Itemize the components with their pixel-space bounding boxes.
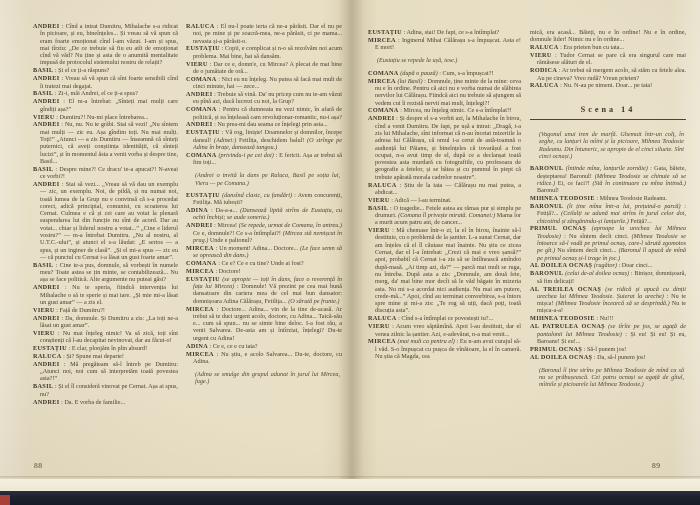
dialogue-line: VIERU : Adică — l-au terminat.: [368, 197, 521, 204]
speaker-name: COMANA: [368, 70, 399, 77]
dialogue-line: AL PATRULEA OCNAȘ (se tîrîie pe jos, se …: [530, 323, 686, 345]
right-page-column-1: EUSTAȚIU : Adina, stai! De fapt, ce s-a …: [368, 29, 521, 471]
speaker-name: BASIL: [33, 262, 53, 269]
dialogue-line: MIHNEA TEODOSIE : Nu!!!: [530, 315, 686, 322]
dialogue-line: BASIL : O tragedie... Fetele astea au ră…: [368, 205, 521, 227]
dialogue-line: VIERU : Acum vreo săptămînă. Apoi l-au d…: [368, 323, 521, 338]
dialogue-line: RALUCA : Cînd s-a întîmplat ce povesteșt…: [368, 315, 521, 322]
stage-direction: (Andrei o invită la dans pe Raluca, Basi…: [186, 172, 342, 187]
stage-direction: (Vagonul unui tren de marfă. Ghemuit înt…: [530, 131, 686, 160]
dialogue-line: MIHNEA TEODOSIE : Mihnea Teodosie Radean…: [530, 195, 686, 202]
dialogue-line: AL DOILEA OCNAȘ (rugător) : Doar cinci..…: [530, 262, 686, 269]
dialogue-line: MIRCEA : Un moment! Adina... Doctore... …: [186, 245, 342, 260]
dialogue-line: PRIMUL OCNAȘ : Să-l punem jos!: [530, 346, 686, 353]
dialogue-line: VIERU : Mă chemase într-o zi, la el în b…: [368, 227, 521, 315]
inline-stage-direction: (Vagonul unui tren de marfă. Ghemuit înt…: [539, 131, 684, 160]
page-number-left: 88: [34, 461, 43, 470]
dialogue-line: VIERU : Dumitru?! Nu-mi place întrebarea…: [33, 114, 178, 121]
dialogue-line: MIRCEA : Inginerul Mihai Călărașu s-a îm…: [368, 37, 521, 52]
dialogue-line: BASIL : Și el ce ți-a răspuns?: [33, 67, 178, 74]
stage-direction: (Eustațiu se repede la ușă, iese.): [368, 57, 521, 64]
dialogue-line: BARONUL (îi ține mîna într-a lui, prețui…: [530, 203, 686, 225]
dialogue-line: ANDREI : Vreau să vă spun că sînt foarte…: [33, 75, 178, 90]
speaker-name: MIRCEA: [368, 338, 396, 345]
book-scan: ANDREI : Cînd a intrat Dumitru, Mihalach…: [0, 0, 700, 505]
speaker-name: COMANA: [186, 260, 217, 267]
dialogue-line: RALUCA : El nu-l poate ierta că ne-a păr…: [186, 23, 342, 45]
speaker-name: MIRCEA: [368, 37, 396, 44]
dialogue-line: ANDREI : Stai să vezi... „Vreau să vă da…: [33, 181, 178, 261]
dialogue-continuation: mică, era acasă... Băieți, nu e în ordin…: [530, 29, 686, 44]
speaker-name: EUSTAȚIU: [186, 45, 220, 52]
speaker-name: ADINA: [186, 343, 208, 350]
dialogue-line: ADINA : Da-a-a... (Dansează lipită strîn…: [186, 207, 342, 222]
inline-stage-direction: (Eustațiu se repede la ușă, iese.): [377, 57, 457, 64]
dialogue-line: ANDREI : Nu te speria, fiindcă intervenț…: [33, 284, 178, 306]
speaker-name: VIERU: [186, 61, 208, 68]
inline-stage-direction: (Stă în continuare cu mîna întinsă.): [592, 180, 686, 187]
inline-stage-direction: (Baronul îl apucă de mînă pe primul ocna…: [537, 247, 686, 261]
speaker-name: ANDREI: [33, 181, 60, 188]
speaker-name: AL DOILEA OCNAȘ: [530, 354, 592, 361]
speaker-name: ANDREI: [33, 361, 60, 368]
dialogue-line: ANDREI : Da. E vorba de familie...: [33, 399, 178, 406]
speaker-name: BASIL: [33, 166, 53, 173]
inline-stage-direction: (Mircea stă nemișcat în prag.): [193, 230, 342, 244]
speaker-name: ANDREI: [33, 284, 60, 291]
dialogue-line: ANDREI : Și despre el s-a vorbit azi, la…: [368, 115, 521, 181]
speaker-name: COMANA: [186, 152, 217, 159]
dialogue-line: EUSTAȚIU : Vă rog, liniște! Doamnelor și…: [186, 129, 342, 151]
speaker-name: ANDREI: [33, 399, 60, 406]
speaker-name: BASIL: [33, 67, 53, 74]
dialogue-line: COMANA : Nici eu nu înțeleg. Nu putea să…: [186, 76, 342, 91]
speaker-stage-direction: (mai mult ca pentru el): [398, 338, 455, 345]
dialogue-line: VIERU : Nu mai înțeleg nimic! Va să zică…: [33, 330, 178, 345]
speaker-name: BARONUL: [530, 203, 563, 210]
speaker-stage-direction: (rugător): [594, 262, 617, 269]
dialogue-line: ANDREI : Nu, nu. Nu te grăbi. Stai să ve…: [33, 121, 178, 165]
inline-stage-direction: (O sărută pe frunte.): [288, 298, 339, 305]
speaker-name: MIHNEA TEODOSIE: [530, 195, 595, 202]
dialogue-line: AL DOILEA OCNAȘ : Da, să-l punem jos!: [530, 354, 686, 361]
speaker-name: BARONUL: [530, 165, 563, 172]
speaker-name: AL DOILEA OCNAȘ: [530, 262, 592, 269]
speaker-name: AL TREILEA OCNAȘ: [530, 286, 601, 293]
speaker-name: MIRCEA: [186, 268, 214, 275]
dialogue-line: BASIL : Zi-i, măi Andrei, el ce ți-a spu…: [33, 90, 178, 97]
speaker-name: EUSTAȚIU: [186, 276, 220, 283]
speaker-name: ANDREI: [368, 115, 395, 122]
stage-direction: (Adina se smulge din grupul adunat în ju…: [186, 371, 342, 386]
speaker-name: COMANA: [368, 107, 399, 114]
speaker-name: ANDREI: [186, 222, 213, 229]
speaker-stage-direction: (dansînd clasic, cu fandări): [222, 192, 292, 199]
dialogue-line: VIERU : Dar ce e, domn'e, cu Mircea? A p…: [186, 61, 342, 76]
speaker-name: EUSTAȚIU: [33, 345, 67, 352]
right-page-column-2: mică, era acasă... Băieți, nu e în ordin…: [530, 29, 686, 471]
dialogue-line: BARONUL (celui de-al doilea ocnaș) : Bin…: [530, 270, 686, 285]
speaker-name: ANDREI: [33, 121, 60, 128]
speaker-name: RALUCA: [530, 44, 559, 51]
red-bookmark-corner: [0, 495, 10, 505]
dialogue-line: VIERU : Tudor Cernat se pare că era sing…: [530, 52, 686, 67]
speaker-name: RALUCA: [530, 82, 559, 89]
speaker-name: EUSTAȚIU: [186, 192, 220, 199]
speaker-stage-direction: (privindu-i pe cei doi): [218, 152, 273, 159]
dialogue-line: ANDREI : Nu prea-mi dau seama ce înțeleg…: [186, 121, 342, 128]
speaker-stage-direction: (întinde mîna, lanțurile zornăie): [566, 165, 648, 172]
speaker-name: ANDREI: [186, 121, 213, 128]
speaker-name: MIRCEA: [186, 306, 214, 313]
left-page-column-2: RALUCA : El nu-l poate ierta că ne-a păr…: [186, 23, 342, 473]
dialogue-line: ANDREI : Cînd a intrat Dumitru, Mihalach…: [33, 23, 178, 67]
speaker-name: MIRCEA: [186, 245, 214, 252]
inline-stage-direction: (Andrei o invită la dans pe Raluca, Basi…: [195, 172, 340, 186]
speaker-name: ANDREI: [186, 91, 213, 98]
left-page-column-1: ANDREI : Cînd a intrat Dumitru, Mihalach…: [33, 23, 178, 460]
speaker-name: ADINA: [186, 207, 208, 214]
speaker-name: RODICA: [530, 67, 557, 74]
dialogue-line: RALUCA : Era prieten bun cu tata...: [530, 44, 686, 51]
speaker-name: MIRCEA: [186, 351, 214, 358]
dialogue-line: MIRCEA : Nu știu, e acolo Salvarea... Du…: [186, 351, 342, 366]
dialogue-line: PRIMUL OCNAȘ (aproape la urechea lui Mih…: [530, 225, 686, 261]
speaker-stage-direction: (după o pauză): [400, 70, 437, 77]
inline-stage-direction: (Mihnea Teodosie încearcă să se desprind…: [556, 300, 670, 307]
dialogue-line: COMANA (după o pauză) : Cum, s-a împușca…: [368, 70, 521, 77]
dialogue-line: BARONUL (întinde mîna, lanțurile zornăie…: [530, 165, 686, 194]
speaker-name: EUSTAȚIU: [368, 29, 402, 36]
dialogue-line: RODICA : Ar trebui să mergem acolo, să s…: [530, 67, 686, 82]
stage-direction: (Baronul îl ține strîns pe Mihnea Teodos…: [530, 367, 686, 389]
speaker-name: PRIMUL OCNAȘ: [530, 225, 586, 232]
inline-stage-direction: (Ceilalți se adună mai strîns în jurul c…: [537, 210, 686, 224]
speaker-name: ANDREI: [33, 75, 60, 82]
dialogue-line: MIRCEA (mai mult ca pentru el) : Eu n-am…: [368, 338, 521, 360]
speaker-stage-direction: (îi ține mîna într-a lui, prețuind-o par…: [567, 203, 681, 210]
dialogue-line: EUSTAȚIU (se apropie — toți în dans, fac…: [186, 276, 342, 305]
speaker-name: BASIL: [368, 205, 388, 212]
dialogue-line: BASIL : Despre mine?! Ce dracu' te-a apu…: [33, 166, 178, 181]
speaker-name: RALUCA: [368, 182, 397, 189]
speaker-stage-direction: (celui de-al doilea ocnaș): [565, 270, 629, 277]
page-number-right: 89: [652, 461, 661, 470]
speaker-name: AL PATRULEA OCNAȘ: [530, 323, 605, 330]
dialogue-line: COMANA : Ce e? Ce e cu tine? Unde ai fos…: [186, 260, 342, 267]
speaker-name: COMANA: [186, 76, 217, 83]
speaker-name: ANDREI: [33, 98, 60, 105]
dialogue-line: MIRCEA : Doctore... Adina... vin de la t…: [186, 306, 342, 342]
dialogue-line: ANDREI : Mircea! (Se repede, urmat de Co…: [186, 222, 342, 244]
speaker-name: VIERU: [530, 52, 552, 59]
speaker-name: BARONUL: [530, 270, 563, 277]
dialogue-line: BASIL : Cine te-a pus, domnule, să vorbe…: [33, 262, 178, 284]
speaker-name: COMANA: [186, 106, 217, 113]
dialogue-line: RALUCA : Știu de la tata — Călărașu nu m…: [368, 182, 521, 197]
dialogue-line: AL TREILEA OCNAȘ (se ridică și apucă cu …: [530, 286, 686, 315]
speaker-name: VIERU: [33, 307, 55, 314]
inline-stage-direction: (Comana îl privește mirată. Comanei:): [398, 212, 495, 219]
dialogue-line: VIERU : Față de Dumitru?!: [33, 307, 178, 314]
dialogue-line: ANDREI : Trebuie să vină. Da' nu pricep …: [186, 91, 342, 106]
inline-stage-direction: (Dansează lipită strîns de Eustațiu, cu …: [193, 207, 342, 221]
speaker-name: RALUCA: [368, 315, 397, 322]
book-cover-strip: [0, 491, 700, 505]
dialogue-line: COMANA : Pentru că dumneata nu vezi nimi…: [186, 106, 342, 121]
speaker-name: BASIL: [33, 90, 53, 97]
dialogue-line: ANDREI : El m-a întrebat: „Sînteți mai m…: [33, 98, 178, 113]
dialogue-line: MIRCEA (lui Basil) : Domnule, ține minte…: [368, 78, 521, 107]
dialogue-line: ADINA : Ce e, ce e cu tata?: [186, 343, 342, 350]
speaker-name: EUSTAȚIU: [186, 129, 220, 136]
speaker-name: VIERU: [33, 330, 55, 337]
speaker-stage-direction: (lui Basil): [398, 78, 423, 85]
speaker-name: VIERU: [368, 227, 390, 234]
dialogue-line: BASIL : Și el îl consideră vinovat pe Ce…: [33, 383, 178, 398]
speaker-name: VIERU: [33, 114, 55, 121]
dialogue-line: COMANA (privindu-i pe cei doi) : E feric…: [186, 152, 342, 167]
speaker-name: PRIMUL OCNAȘ: [530, 346, 582, 353]
dialogue-line: MIRCEA : Doctore!: [186, 268, 342, 275]
speaker-name: MIRCEA: [368, 78, 396, 85]
dialogue-line: RALUCA : Și? Spune mai departe!: [33, 353, 178, 360]
speaker-name: VIERU: [368, 197, 390, 204]
inline-stage-direction: (Adinei:): [214, 137, 236, 144]
speaker-name: RALUCA: [33, 353, 62, 360]
scene-heading: Scena 14: [530, 106, 686, 120]
inline-stage-direction: (Se repede, urmat de Comana, în antreu.): [239, 222, 342, 229]
speaker-name: RALUCA: [186, 23, 215, 30]
inline-stage-direction: (Baronul îl ține strîns pe Mihnea Teodos…: [539, 367, 684, 389]
speaker-name: MIHNEA TEODOSIE: [530, 315, 595, 322]
inline-stage-direction: (Le face semn să se oprească din dans.): [193, 245, 342, 259]
speaker-name: BASIL: [33, 383, 53, 390]
dialogue-line: EUSTAȚIU : Copii, e complicat și n-o să …: [186, 45, 342, 60]
dialogue-line: RALUCA : Nu. N-au pe nimeni. Doar... pe …: [530, 82, 686, 89]
speaker-name: ANDREI: [33, 315, 60, 322]
inline-stage-direction: (Adina se smulge din grupul adunat în ju…: [195, 371, 340, 385]
dialogue-line: EUSTAȚIU : Adina, stai! De fapt, ce s-a …: [368, 29, 521, 36]
speaker-name: ANDREI: [33, 23, 60, 30]
dialogue-line: COMANA : Mircea, nu înțeleg nimic. Ce s-…: [368, 107, 521, 114]
dialogue-line: ANDREI : Da, domnule. Și Dumitru a zis: …: [33, 315, 178, 330]
speaker-name: VIERU: [368, 323, 390, 330]
dialogue-line: EUSTAȚIU : E clar, plonjăm în plin absur…: [33, 345, 178, 352]
dialogue-line: EUSTAȚIU (dansînd clasic, cu fandări) : …: [186, 192, 342, 207]
dialogue-line: ANDREI : Mă pregăteam să-l întreb pe Dum…: [33, 361, 178, 383]
